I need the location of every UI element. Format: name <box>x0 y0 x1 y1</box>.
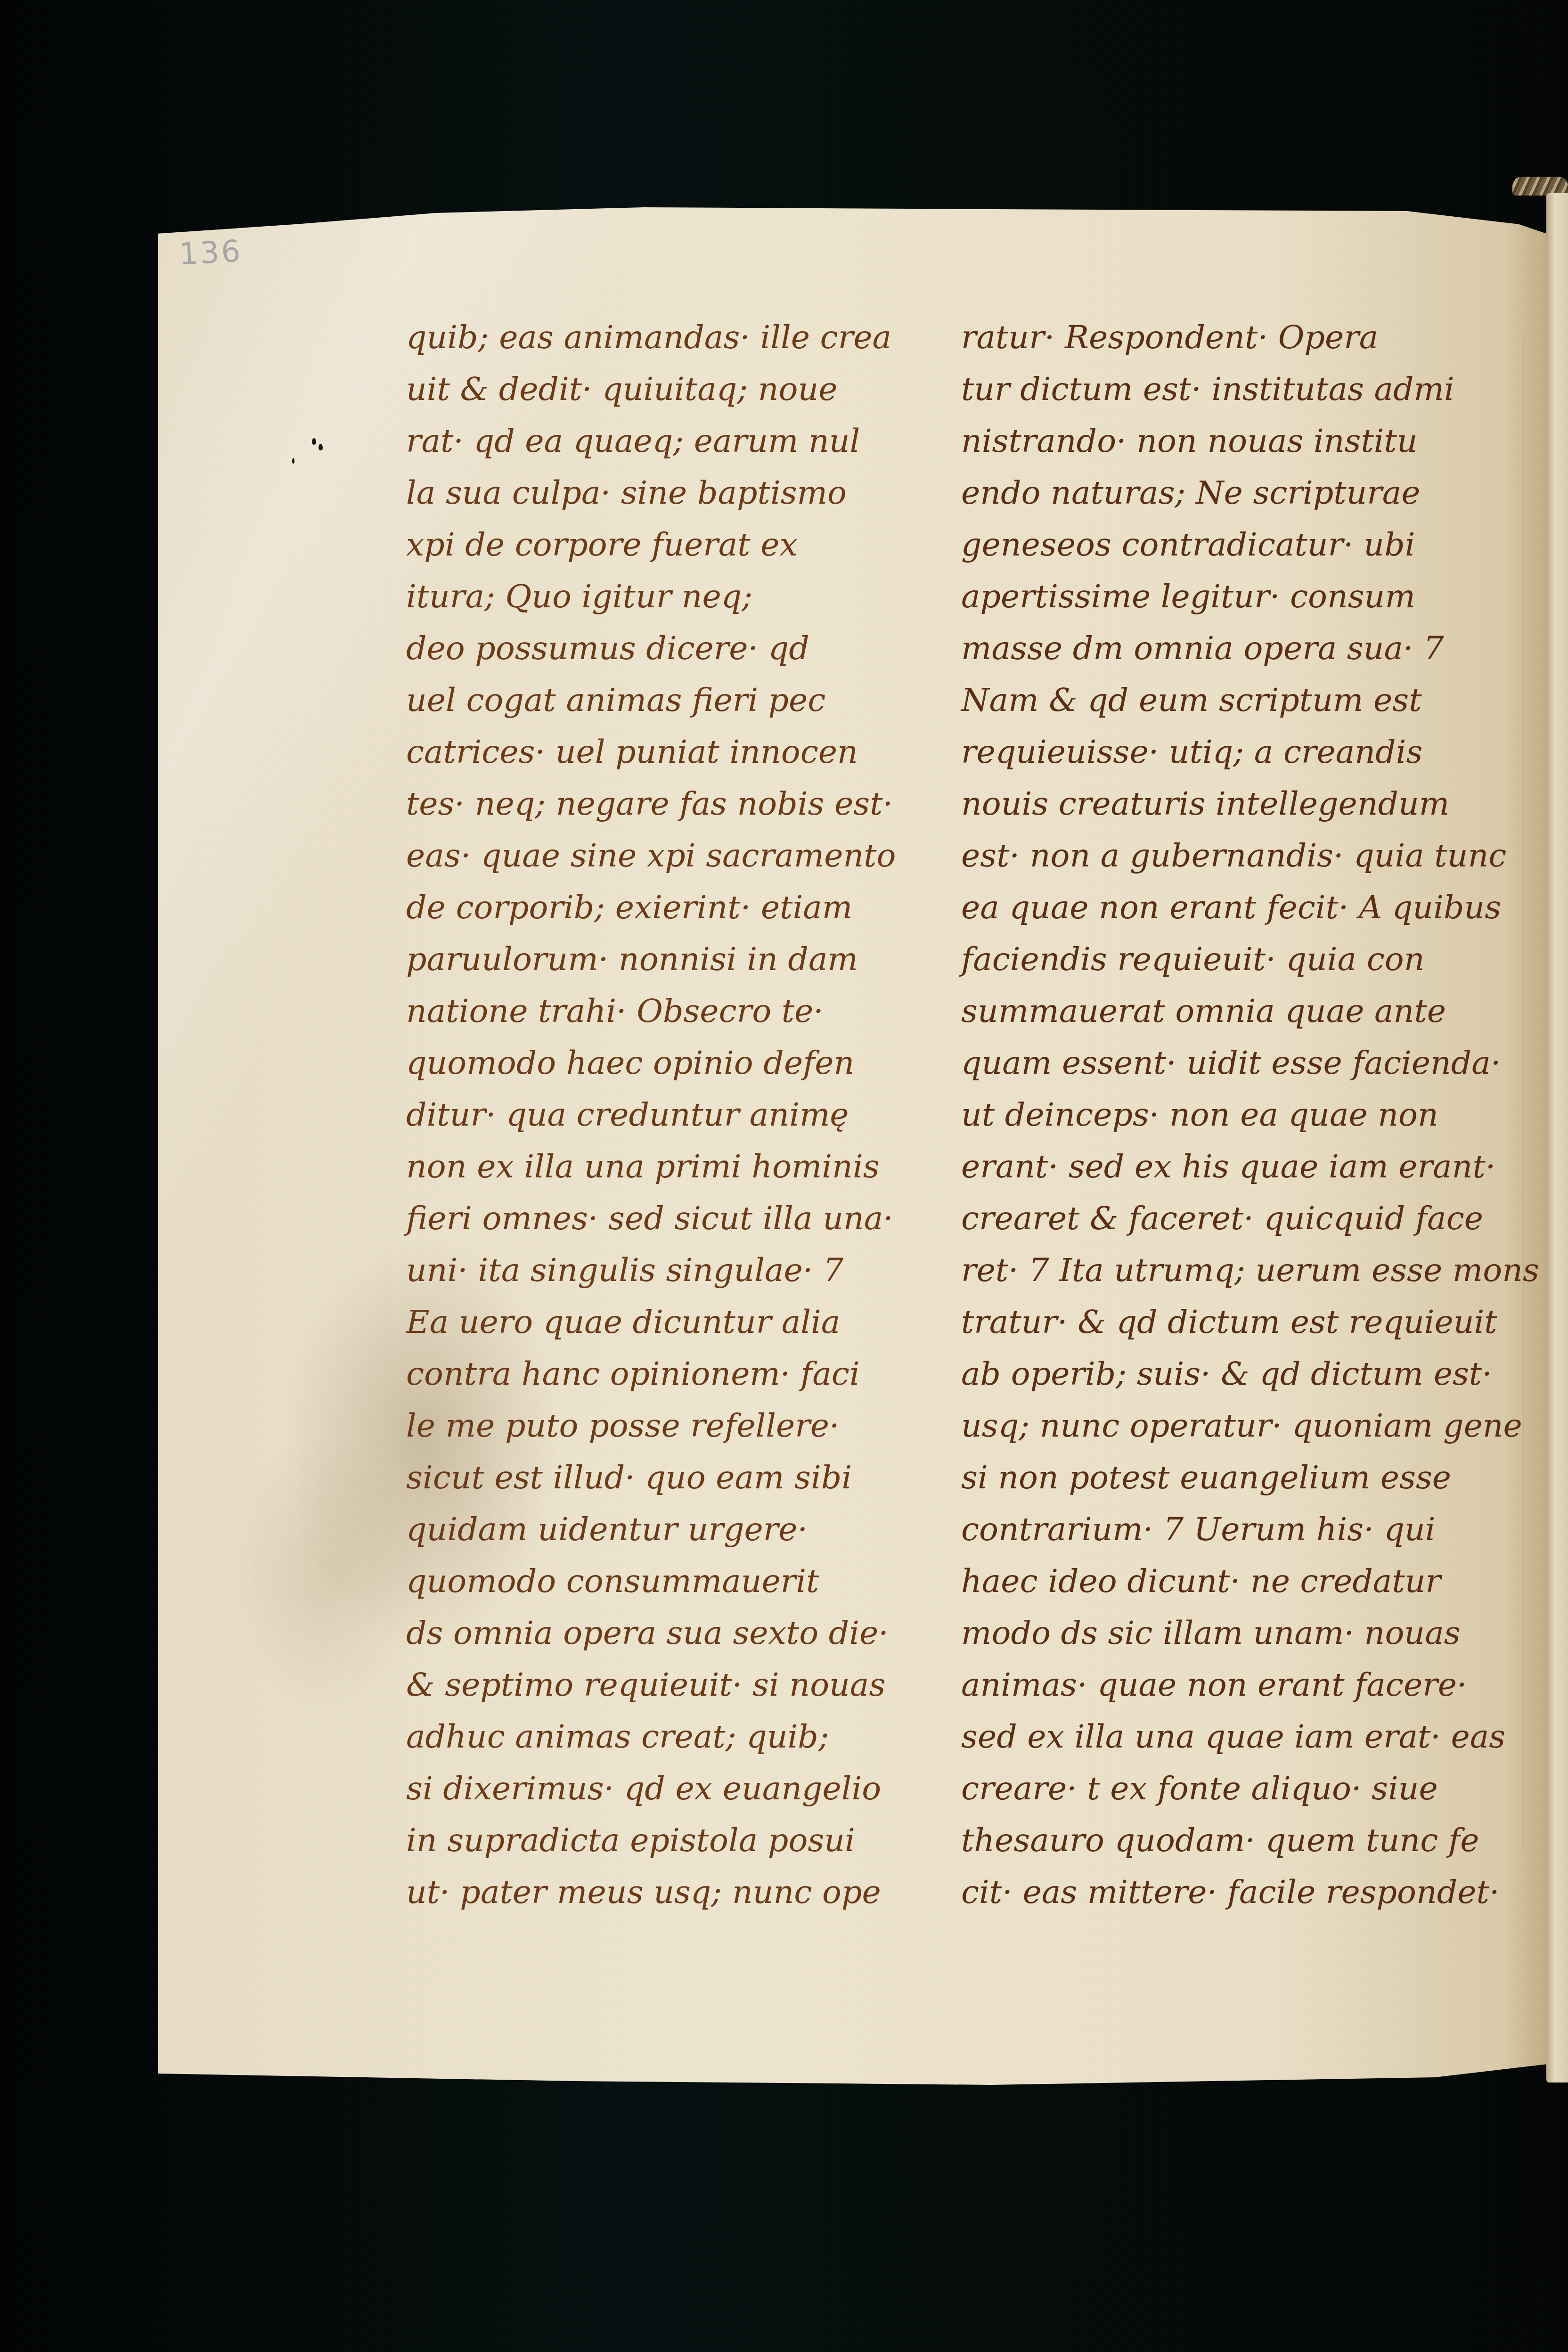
text-line: ditur· qua creduntur animę <box>406 1089 939 1141</box>
text-line: ut· pater meus usq; nunc ope <box>406 1867 939 1919</box>
text-line: ret· 7 Ita utrumq; uerum esse mons <box>961 1245 1527 1297</box>
text-line: creare· t ex fonte aliquo· siue <box>961 1763 1527 1815</box>
text-line: quam essent· uidit esse facienda· <box>961 1037 1527 1089</box>
facing-page-edge <box>1546 193 1568 2082</box>
text-line: masse dm omnia opera sua· 7 <box>961 623 1527 675</box>
text-line: quomodo consummauerit <box>406 1556 939 1608</box>
text-line: uel cogat animas fieri pec <box>406 675 939 727</box>
text-line: est· non a gubernandis· quia tunc <box>961 830 1527 882</box>
text-line: sed ex illa una quae iam erat· eas <box>961 1711 1527 1763</box>
text-line: adhuc animas creat; quib; <box>406 1711 939 1763</box>
text-line: summauerat omnia quae ante <box>961 986 1527 1037</box>
text-line: catrices· uel puniat innocen <box>406 727 939 778</box>
text-line: in supradicta epistola posui <box>406 1815 939 1867</box>
text-line: tes· neq; negare fas nobis est· <box>406 778 939 830</box>
text-line: uit & dedit· quiuitaq; noue <box>406 364 939 416</box>
pricking-mark <box>318 444 323 450</box>
text-line: endo naturas; Ne scripturae <box>961 467 1527 519</box>
text-line: fieri omnes· sed sicut illa una· <box>406 1193 939 1245</box>
text-line: apertissime legitur· consum <box>961 571 1527 623</box>
text-line: ratur· Respondent· Opera <box>961 312 1527 364</box>
text-line: nistrando· non nouas institu <box>961 416 1527 467</box>
text-line: non ex illa una primi hominis <box>406 1141 939 1193</box>
text-line: cit· eas mittere· facile respondet· <box>961 1867 1527 1919</box>
text-column-left: quib; eas animandas· ille crea uit & ded… <box>406 312 939 1919</box>
text-line: haec ideo dicunt· ne credatur <box>961 1556 1527 1608</box>
text-line: geneseos contradicatur· ubi <box>961 519 1527 571</box>
text-line: ut deinceps· non ea quae non <box>961 1089 1527 1141</box>
text-line: Nam & qd eum scriptum est <box>961 675 1527 727</box>
text-line: rat· qd ea quaeq; earum nul <box>406 416 939 467</box>
text-line: contra hanc opinionem· faci <box>406 1348 939 1400</box>
text-line: de corporib; exierint· etiam <box>406 882 939 934</box>
text-line: tur dictum est· institutas admi <box>961 364 1527 416</box>
text-line: xpi de corpore fuerat ex <box>406 519 939 571</box>
text-line: requieuisse· utiq; a creandis <box>961 727 1527 778</box>
text-line: quidam uidentur urgere· <box>406 1504 939 1556</box>
folio-number: 136 <box>178 234 243 272</box>
text-column-right: ratur· Respondent· Opera tur dictum est·… <box>961 312 1527 1919</box>
pricking-mark <box>312 438 316 445</box>
text-line: ea quae non erant fecit· A quibus <box>961 882 1527 934</box>
text-line: sicut est illud· quo eam sibi <box>406 1452 939 1504</box>
text-line: quib; eas animandas· ille crea <box>406 312 939 364</box>
text-line: usq; nunc operatur· quoniam gene <box>961 1400 1527 1452</box>
text-line: tratur· & qd dictum est requieuit <box>961 1297 1527 1348</box>
text-line: itura; Quo igitur neq; <box>406 571 939 623</box>
text-line: eas· quae sine xpi sacramento <box>406 830 939 882</box>
text-line: quomodo haec opinio defen <box>406 1037 939 1089</box>
text-line: uni· ita singulis singulae· 7 <box>406 1245 939 1297</box>
text-line: la sua culpa· sine baptismo <box>406 467 939 519</box>
text-line: ds omnia opera sua sexto die· <box>406 1608 939 1659</box>
text-line: natione trahi· Obsecro te· <box>406 986 939 1037</box>
text-line: crearet & faceret· quicquid face <box>961 1193 1527 1245</box>
text-line: deo possumus dicere· qd <box>406 623 939 675</box>
text-line: thesauro quodam· quem tunc fe <box>961 1815 1527 1867</box>
pricking-mark <box>292 458 294 464</box>
text-line: le me puto posse refellere· <box>406 1400 939 1452</box>
text-line: Ea uero quae dicuntur alia <box>406 1297 939 1348</box>
binding-thread <box>1512 177 1568 196</box>
text-line: si non potest euangelium esse <box>961 1452 1527 1504</box>
text-line: & septimo requieuit· si nouas <box>406 1659 939 1711</box>
text-line: contrarium· 7 Uerum his· qui <box>961 1504 1527 1556</box>
text-line: paruulorum· nonnisi in dam <box>406 934 939 986</box>
text-line: erant· sed ex his quae iam erant· <box>961 1141 1527 1193</box>
text-line: ab operib; suis· & qd dictum est· <box>961 1348 1527 1400</box>
text-line: nouis creaturis intellegendum <box>961 778 1527 830</box>
text-line: modo ds sic illam unam· nouas <box>961 1608 1527 1659</box>
text-line: animas· quae non erant facere· <box>961 1659 1527 1711</box>
text-line: si dixerimus· qd ex euangelio <box>406 1763 939 1815</box>
text-line: faciendis requieuit· quia con <box>961 934 1527 986</box>
